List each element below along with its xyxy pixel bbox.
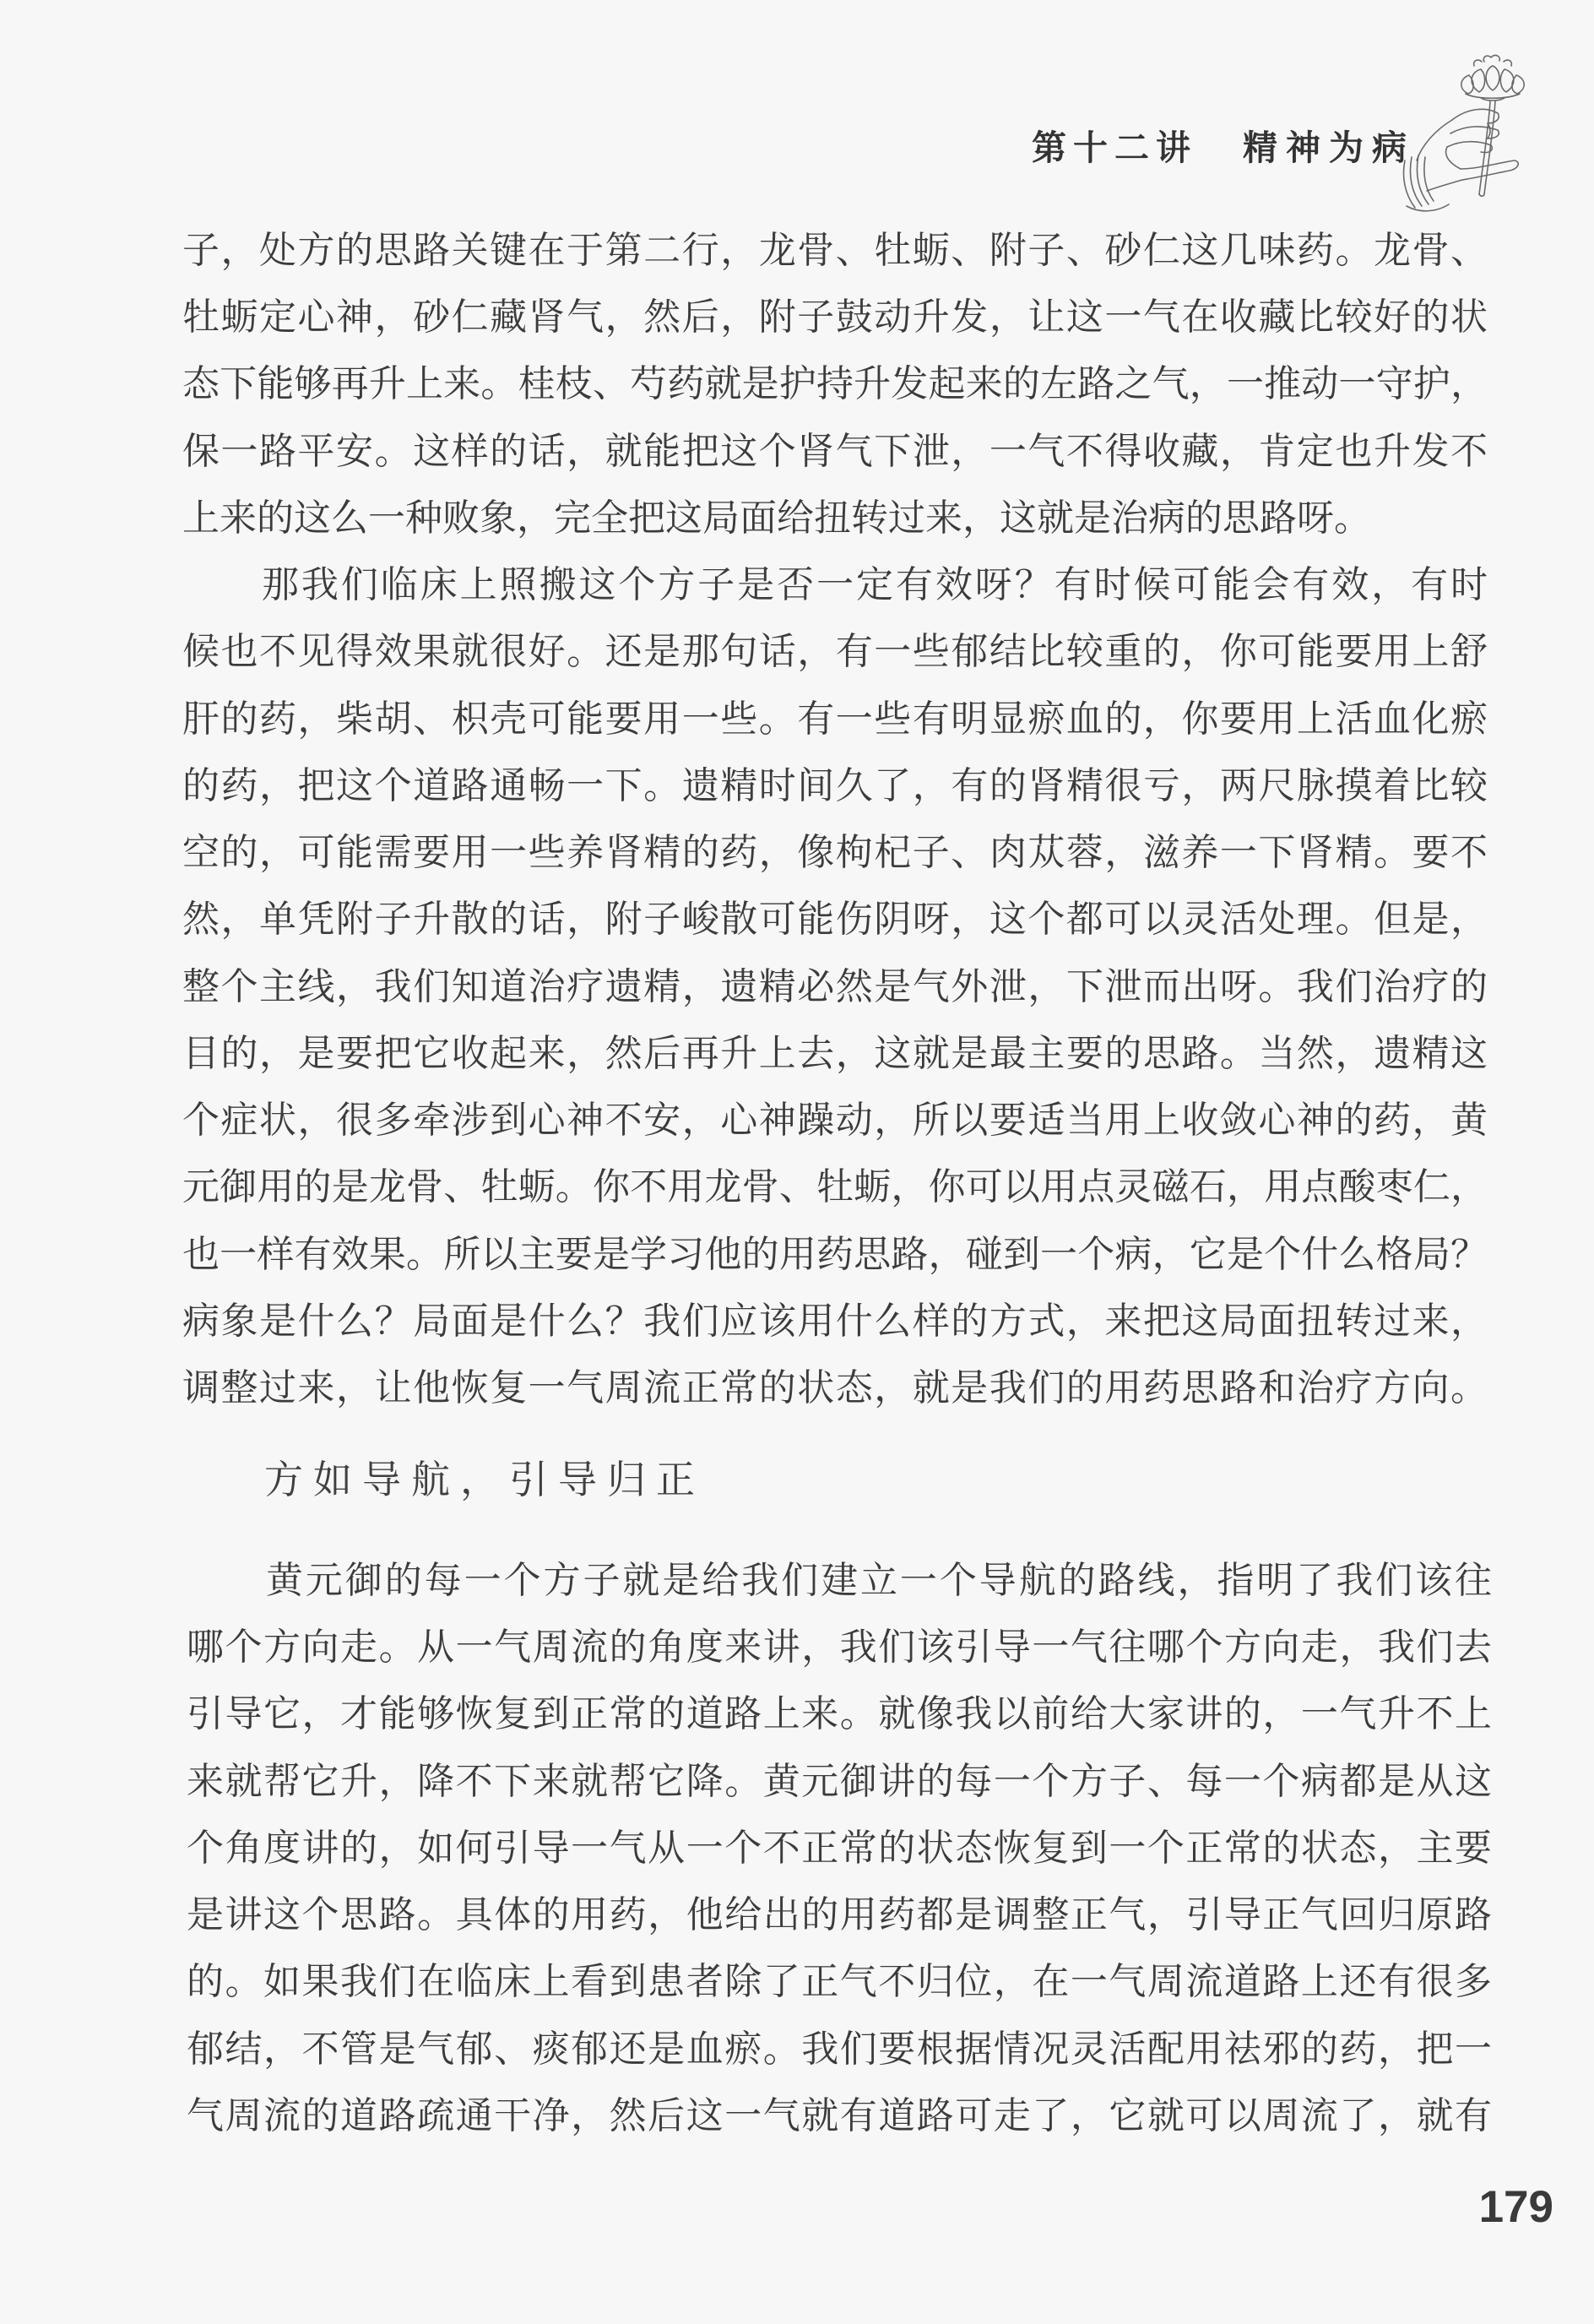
text-line: 然，单凭附子升散的话，附子峻散可能伤阴呀，这个都可以灵活处理。但是， [182, 886, 1488, 953]
text-line: 肝的药，柴胡、枳壳可能要用一些。有一些有明显瘀血的，你要用上活血化瘀 [182, 686, 1488, 752]
text-line: 那我们临床上照搬这个方子是否一定有效呀？有时候可能会有效，有时 [182, 551, 1488, 618]
text-line: 态下能够再升上来。桂枝、芍药就是护持升发起来的左路之气，一推动一守护， [182, 350, 1488, 417]
text-line: 郁结，不管是气郁、痰郁还是血瘀。我们要根据情况灵活配用祛邪的药，把一 [187, 2016, 1492, 2082]
text-line: 黄元御的每一个方子就是给我们建立一个导航的路线，指明了我们该往 [187, 1547, 1492, 1614]
text-line: 哪个方向走。从一气周流的角度来讲，我们该引导一气往哪个方向走，我们去 [187, 1614, 1492, 1681]
text-line: 子，处方的思路关键在于第二行，龙骨、牡蛎、附子、砂仁这几味药。龙骨、 [182, 217, 1488, 284]
text-line: 个角度讲的，如何引导一气从一个不正常的状态恢复到一个正常的状态，主要 [187, 1815, 1492, 1881]
text-line: 调整过来，让他恢复一气周流正常的状态，就是我们的用药思路和治疗方向。 [182, 1355, 1488, 1421]
chapter-title: 精神为病 [1243, 129, 1415, 166]
text-line: 保一路平安。这样的话，就能把这个肾气下泄，一气不得收藏，肯定也升发不 [182, 418, 1488, 485]
text-line: 也一样有效果。所以主要是学习他的用药思路，碰到一个病，它是个什么格局？ [182, 1221, 1488, 1288]
text-line: 候也不见得效果就很好。还是那句话，有一些郁结比较重的，你可能要用上舒 [182, 618, 1488, 685]
text-line: 整个主线，我们知道治疗遗精，遗精必然是气外泄，下泄而出呀。我们治疗的 [182, 953, 1488, 1020]
text-line: 个症状，很多牵涉到心神不安，心神躁动，所以要适当用上收敛心神的药，黄 [182, 1087, 1488, 1154]
text-line: 上来的这么一种败象，完全把这局面给扭转过来，这就是治病的思路呀。 [182, 485, 1488, 551]
paragraph-3: 黄元御的每一个方子就是给我们建立一个导航的路线，指明了我们该往 哪个方向走。从一… [187, 1547, 1492, 2149]
text-line: 牡蛎定心神，砂仁藏肾气，然后，附子鼓动升发，让这一气在收藏比较好的状 [182, 284, 1488, 350]
text-line: 病象是什么？局面是什么？我们应该用什么样的方式，来把这局面扭转过来， [182, 1288, 1488, 1355]
body-text-block-2: 黄元御的每一个方子就是给我们建立一个导航的路线，指明了我们该往 哪个方向走。从一… [187, 1547, 1492, 2149]
text-line: 的。如果我们在临床上看到患者除了正气不归位，在一气周流道路上还有很多 [187, 1948, 1492, 2015]
chapter-number: 第十二讲 [1032, 129, 1197, 166]
page-number: 179 [1479, 2184, 1553, 2231]
body-text-block-1: 子，处方的思路关键在于第二行，龙骨、牡蛎、附子、砂仁这几味药。龙骨、 牡蛎定心神… [182, 217, 1488, 1421]
text-line: 元御用的是龙骨、牡蛎。你不用龙骨、牡蛎，你可以用点灵磁石，用点酸枣仁， [182, 1154, 1488, 1220]
section-heading: 方如导航，引导归正 [264, 1454, 705, 1505]
text-line: 空的，可能需要用一些养肾精的药，像枸杞子、肉苁蓉，滋养一下肾精。要不 [182, 819, 1488, 886]
text-line: 来就帮它升，降不下来就帮它降。黄元御讲的每一个方子、每一个病都是从这 [187, 1748, 1492, 1815]
paragraph-1: 子，处方的思路关键在于第二行，龙骨、牡蛎、附子、砂仁这几味药。龙骨、 牡蛎定心神… [182, 217, 1488, 551]
text-line: 气周流的道路疏通干净，然后这一气就有道路可走了，它就可以周流了，就有 [187, 2082, 1492, 2149]
lotus-hand-icon [1400, 51, 1528, 213]
text-line: 是讲这个思路。具体的用药，他给出的用药都是调整正气，引导正气回归原路 [187, 1881, 1492, 1948]
text-line: 目的，是要把它收起来，然后再升上去，这就是最主要的思路。当然，遗精这 [182, 1020, 1488, 1087]
paragraph-2: 那我们临床上照搬这个方子是否一定有效呀？有时候可能会有效，有时 候也不见得效果就… [182, 551, 1488, 1421]
text-line: 的药，把这个道路通畅一下。遗精时间久了，有的肾精很亏，两尺脉摸着比较 [182, 752, 1488, 819]
text-line: 引导它，才能够恢复到正常的道路上来。就像我以前给大家讲的，一气升不上 [187, 1681, 1492, 1747]
